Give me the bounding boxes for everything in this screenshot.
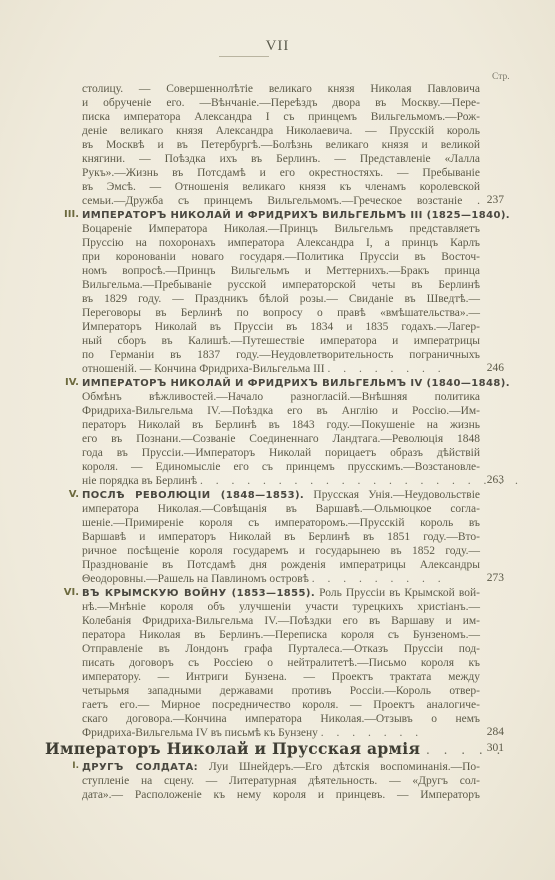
section-number: VI. — [55, 587, 79, 598]
section-title: ПОСЛѢ РЕВОЛЮЦІИ (1848—1853). — [82, 490, 304, 501]
section-number: V. — [55, 489, 79, 500]
toc-line-text: ніе порядка въ Берлинѣ — [82, 475, 197, 487]
toc-page-ref[interactable]: 263 — [480, 474, 504, 486]
toc-line: Колебанія Фридриха-Вильгельма IV.—Поѣздк… — [82, 614, 480, 628]
toc-line: ричное посѣщеніе короля государемъ и гос… — [82, 544, 480, 558]
page-number-rule — [219, 56, 269, 57]
toc-line: въ Москвѣ и въ Петербургѣ.—Болѣзнь велик… — [82, 138, 480, 152]
toc-line: Пруссію на похоронахъ императора Алексан… — [82, 236, 480, 250]
toc-line: гаетъ его.— Мирное посредничество короля… — [82, 698, 480, 712]
toc-page-ref[interactable]: 237 — [480, 194, 504, 206]
part-title: Императоръ Николай и Прусская армія — [45, 739, 420, 758]
section-title: ИМПЕРАТОРЪ НИКОЛАЙ И ФРИДРИХЪ ВИЛЬГЕЛЬМЪ… — [82, 210, 510, 221]
toc-line: шеніе.—Примиреніе короля съ императоромъ… — [82, 516, 480, 530]
section-heading[interactable]: ДРУГЪ СОЛДАТА: Луи Шнейдеръ.—Его дѣтскія… — [82, 760, 480, 774]
toc-line: столицу. — Совершеннолѣтіе великаго княз… — [82, 82, 480, 96]
toc-line-with-leader: ніе порядка въ Берлинѣ . . . . . . . . .… — [82, 474, 480, 488]
toc-line: Варшавѣ и императоръ Николай въ Берлинѣ … — [82, 530, 480, 544]
toc-line: Празднованіе въ Потсдамѣ дня рожденія им… — [82, 558, 480, 572]
section-heading[interactable]: ИМПЕРАТОРЪ НИКОЛАЙ И ФРИДРИХЪ ВИЛЬГЕЛЬМЪ… — [82, 208, 480, 222]
toc-page-ref[interactable]: 246 — [480, 362, 504, 374]
toc-line: дата».— Расположеніе къ нему короля и пр… — [82, 788, 480, 802]
leader-dots: . . . . . . . — [321, 727, 423, 739]
toc-line: Переговоры въ Берлинѣ по вопросу о правѣ… — [82, 306, 480, 320]
section-heading[interactable]: ИМПЕРАТОРЪ НИКОЛАЙ И ФРИДРИХЪ ВИЛЬГЕЛЬМЪ… — [82, 376, 480, 390]
toc-line: императору. — Интриги Бунзена. — Проектъ… — [82, 670, 480, 684]
toc-line: по Германіи въ 1837 году.—Неудовлетворит… — [82, 348, 480, 362]
toc-line: ный сборъ въ Калишѣ.—Путешествіе императ… — [82, 334, 480, 348]
toc-line: ступленіе на сцену. — Литературная дѣяте… — [82, 774, 480, 788]
toc-line: въ 1829 году. — Праздникъ бѣлой розы.— С… — [82, 292, 480, 306]
toc-line: номъ вопросѣ.—Принцъ Вильгельмъ и Меттер… — [82, 264, 480, 278]
section-title: ВЪ КРЫМСКУЮ ВОЙНУ (1853—1855). — [82, 588, 315, 599]
toc-line: въ Эмсѣ. — Отношенія великаго князя къ ч… — [82, 180, 480, 194]
toc-line: ператоръ Николай въ Берлинѣ въ 1843 году… — [82, 418, 480, 432]
toc-line: Фридриха-Вильгельма IV.—Поѣздка его въ А… — [82, 404, 480, 418]
toc-line: княгини. — Поѣздка ихъ въ Берлинъ. — Пре… — [82, 152, 480, 166]
toc-line: при коронованіи новаго государя.—Политик… — [82, 250, 480, 264]
toc-line: императора Николая.—Совѣщанія въ Варшавѣ… — [82, 502, 480, 516]
toc-line: Отправленіе въ Лондонъ графа Пурталеса.—… — [82, 642, 480, 656]
toc-line-with-leader: отношеній. — Кончина Фридриха-Вильгельма… — [82, 362, 480, 376]
toc-line: и обрученіе его. —Вѣнчаніе.—Переѣздъ дво… — [82, 96, 480, 110]
toc-line: короля. — Единомысліе его съ принцемъ пр… — [82, 460, 480, 474]
section-number: I. — [55, 761, 79, 771]
section-title-rest: Роль Пруссіи въ Крымской вой- — [319, 587, 480, 599]
toc-line: Рукъ».—Жизнь въ Потсдамѣ и его окрестнос… — [82, 166, 480, 180]
section-heading[interactable]: ВЪ КРЫМСКУЮ ВОЙНУ (1853—1855). Роль Прус… — [82, 586, 480, 600]
toc-line-text: Фридриха-Вильгельма IV въ письмѣ къ Бунз… — [82, 727, 318, 739]
toc-page-ref[interactable]: 273 — [480, 572, 504, 584]
toc-line: скаго договора.—Кончина императора Никол… — [82, 712, 480, 726]
section-title-rest: Луи Шнейдеръ.—Его дѣтскія воспоминанія.—… — [209, 761, 480, 773]
toc-page-ref[interactable]: 301 — [480, 742, 504, 754]
leader-dots: . . . . . . . . . — [312, 573, 446, 585]
section-title-rest: Прусская Унія.—Неудовольствіе — [313, 489, 480, 501]
toc-line: ператора Николая въ Берлинъ.—Переписка к… — [82, 628, 480, 642]
toc-line: года въ Пруссіи.—Императоръ Николай пори… — [82, 446, 480, 460]
toc-line: Воцареніе Императора Николая.—Принцъ Вил… — [82, 222, 480, 236]
section-heading[interactable]: ПОСЛѢ РЕВОЛЮЦІИ (1848—1853). Прусская Ун… — [82, 488, 480, 502]
toc-line-text: Θеодоровны.—Рашель на Павлиномъ островѣ — [82, 573, 309, 585]
section-title: ДРУГЪ СОЛДАТА: — [82, 762, 198, 773]
toc-line: Вильгельма.—Пребываніе русской император… — [82, 278, 480, 292]
page-number: VII — [0, 38, 555, 55]
toc-line: Обмѣнъ вѣжливостей.—Начало разногласій.—… — [82, 390, 480, 404]
toc-line: Императоръ Николай въ Пруссіи въ 1834 и … — [82, 320, 480, 334]
toc-line: деніе великаго князя Александра Николаев… — [82, 124, 480, 138]
section-title: ИМПЕРАТОРЪ НИКОЛАЙ И ФРИДРИХЪ ВИЛЬГЕЛЬМЪ… — [82, 378, 510, 389]
toc-line-with-leader: Фридриха-Вильгельма IV въ письмѣ къ Бунз… — [82, 726, 480, 740]
toc-line: писка императора Александра I съ принцем… — [82, 110, 480, 124]
toc-line: его въ Познани.—Созваніе Соединеннаго Ла… — [82, 432, 480, 446]
toc-line: семьи.—Дружба съ принцемъ Вильгельмомъ.—… — [82, 194, 480, 208]
section-number: III. — [55, 209, 79, 220]
section-number: IV. — [55, 377, 79, 388]
part-heading[interactable]: Императоръ Николай и Прусская армія . . … — [45, 739, 465, 757]
leader-dots: . . . . . . . . . . . . . . . . . . . . … — [200, 475, 523, 487]
toc-line-with-leader: Θеодоровны.—Рашель на Павлиномъ островѣ … — [82, 572, 480, 586]
leader-dots: . . . . . . . . — [327, 363, 445, 375]
toc-line-text: отношеній. — Кончина Фридриха-Вильгельма… — [82, 363, 325, 375]
toc-line: четырьмя западными державами противъ Рос… — [82, 684, 480, 698]
toc-page-ref[interactable]: 284 — [480, 726, 504, 738]
toc-line: нѣ.—Мнѣніе короля объ улучшеніи участи т… — [82, 600, 480, 614]
toc-line: писать договоръ съ Россіею о нейтралитет… — [82, 656, 480, 670]
page-column-header: Стр. — [492, 72, 510, 82]
